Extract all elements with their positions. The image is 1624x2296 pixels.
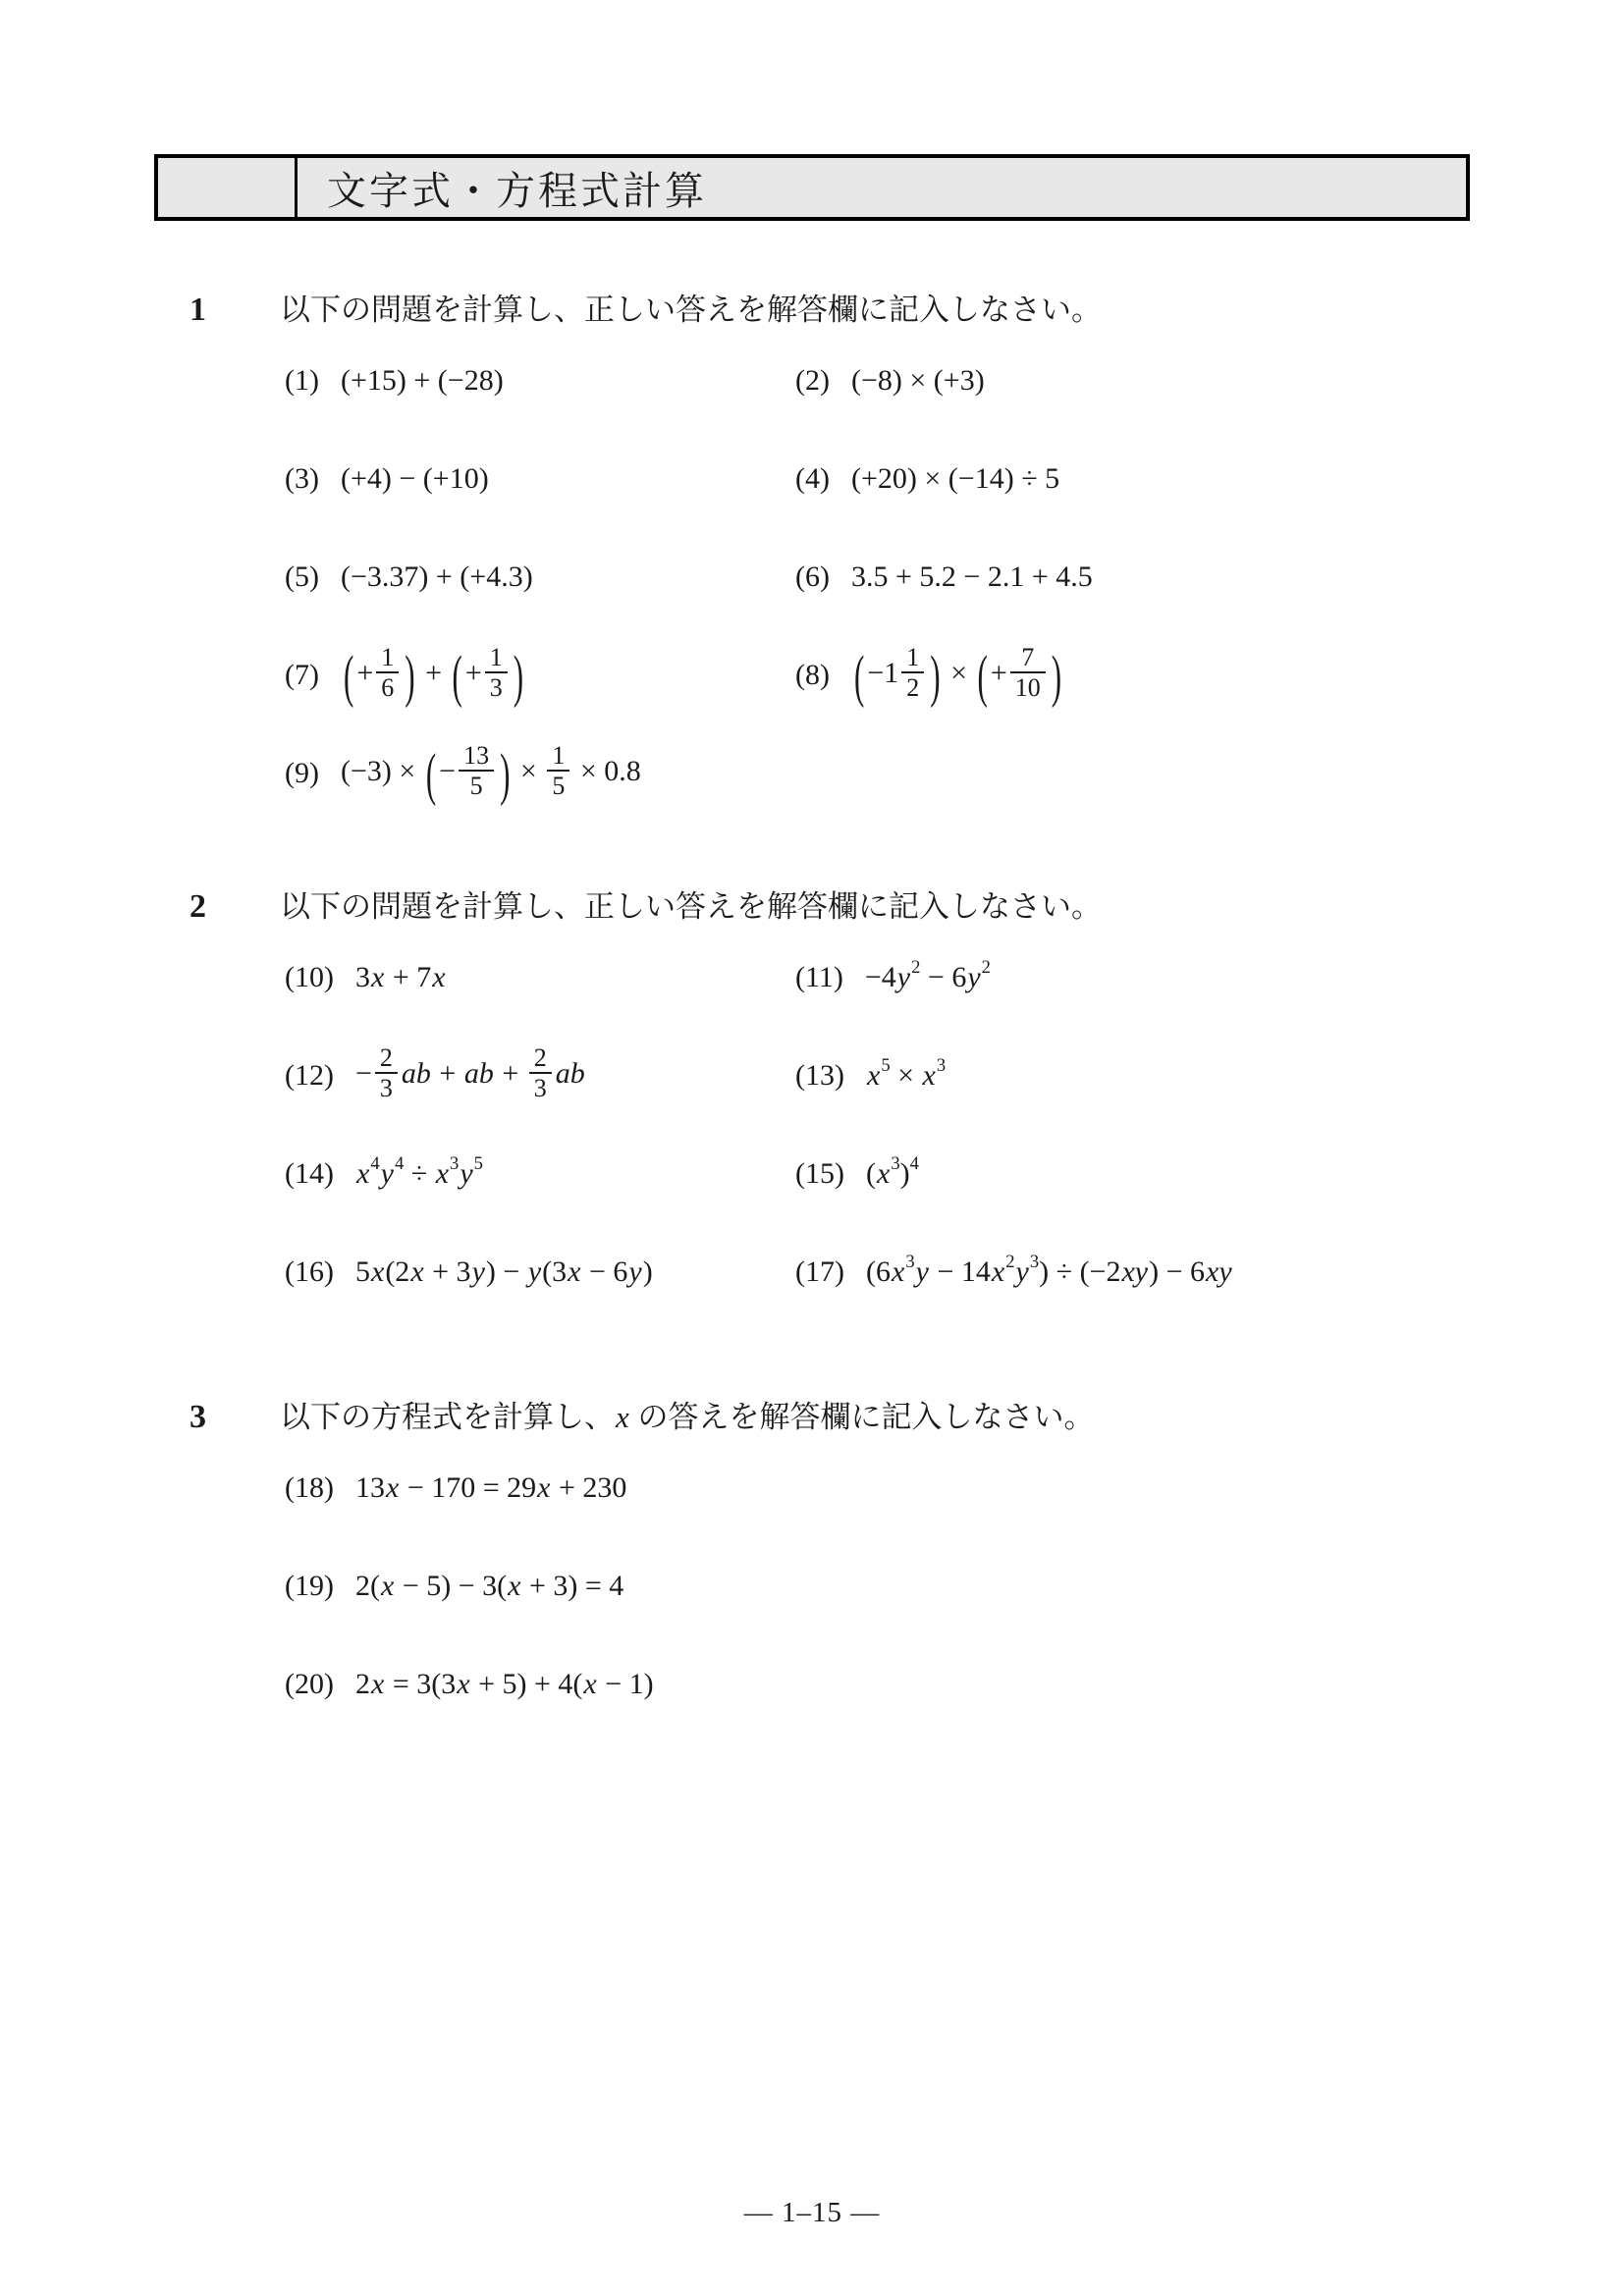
math-variable: x [866,1059,881,1092]
math-variable: y [380,1157,395,1190]
problem-label: (10) [285,961,334,994]
big-paren: ) [404,647,415,705]
problem-expression: (+15) + (−28) [341,364,504,398]
problem-expression: 2(x − 5) − 3(x + 3) = 4 [355,1570,623,1603]
section-1: 1以下の問題を計算し、正しい答えを解答欄に記入しなさい。(1)(+15) + (… [0,285,1624,823]
fraction-denominator: 2 [901,673,924,702]
big-paren: ( [425,745,437,803]
problem-label: (2) [795,364,830,398]
section-number: 2 [189,888,280,926]
problem: (20)2x = 3(3x + 5) + 4(x − 1) [285,1668,654,1701]
math-variable: x [891,1255,905,1288]
math-variable: x [380,1570,395,1602]
fraction: 13 [485,643,508,702]
fraction: 23 [375,1043,398,1102]
section-3: 3以下の方程式を計算し、x の答えを解答欄に記入しなさい。(18)13x − 1… [0,1392,1624,1734]
problem-expression: (−3) × (−135) × 15 × 0.8 [341,744,641,803]
problem-label: (3) [285,462,319,496]
page-number: — 1–15 — [0,2197,1624,2229]
problem: (15)(x3)4 [795,1157,919,1191]
math-variable: x [370,961,385,993]
math-variable: y [627,1255,642,1288]
title-banner-empty-cell [158,158,298,217]
exponent: 2 [1005,1252,1014,1272]
page-title: 文字式・方程式計算 [298,158,707,217]
problem: (5)(−3.37) + (+4.3) [285,561,795,594]
fraction-denominator: 5 [459,772,494,800]
fraction-numerator: 1 [547,741,569,770]
section-header: 2以下の問題を計算し、正しい答えを解答欄に記入しなさい。 [189,881,1624,929]
problem: (14)x4y4 ÷ x3y5 [285,1157,795,1191]
problem-row: (7)(+16) + (+13)(8)(−112) × (+710) [0,626,1624,724]
math-variable: xy [1120,1255,1149,1288]
problem-label: (13) [795,1059,844,1093]
sections-container: 1以下の問題を計算し、正しい答えを解答欄に記入しなさい。(1)(+15) + (… [0,285,1624,1734]
problem: (7)(+16) + (+13) [285,646,795,705]
math-variable: ab [401,1057,432,1090]
problem-row: (3)(+4) − (+10)(4)(+20) × (−14) ÷ 5 [0,430,1624,528]
problem-row: (20)2x = 3(3x + 5) + 4(x − 1) [0,1635,1624,1734]
problem-row: (16)5x(2x + 3y) − y(3x − 6y)(17)(6x3y − … [0,1223,1624,1321]
problem-expression: (6x3y − 14x2y3) ÷ (−2xy) − 6xy [866,1255,1233,1289]
section-header: 3以下の方程式を計算し、x の答えを解答欄に記入しなさい。 [189,1392,1624,1439]
problem: (4)(+20) × (−14) ÷ 5 [795,462,1059,496]
problem-label: (14) [285,1157,334,1191]
math-variable: y [1014,1255,1029,1288]
problem-expression: (−3.37) + (+4.3) [341,561,533,594]
problem-label: (1) [285,364,319,398]
fraction-numerator: 2 [529,1043,552,1072]
problem-label: (19) [285,1570,334,1603]
problem-row: (12)−23ab + ab + 23ab(13)x5 × x3 [0,1027,1624,1125]
fraction: 16 [376,643,399,702]
math-variable: x [385,1471,400,1504]
exponent: 3 [937,1055,946,1076]
problem-row: (19)2(x − 5) − 3(x + 3) = 4 [0,1537,1624,1635]
fraction: 23 [529,1043,552,1102]
problem: (12)−23ab + ab + 23ab [285,1046,795,1105]
fraction: 135 [459,741,494,800]
exponent: 4 [910,1153,919,1174]
problem-label: (7) [285,659,319,692]
problem-row: (10)3x + 7x(11)−4y2 − 6y2 [0,929,1624,1027]
problem: (9)(−3) × (−135) × 15 × 0.8 [285,744,641,803]
problem: (8)(−112) × (+710) [795,646,1064,705]
big-paren: ( [976,647,988,705]
exponent: 3 [891,1153,899,1174]
problem-expression: (+20) × (−14) ÷ 5 [851,462,1059,496]
fraction: 12 [901,643,924,702]
problem-row: (14)x4y4 ÷ x3y5(15)(x3)4 [0,1125,1624,1223]
problem: (6)3.5 + 5.2 − 2.1 + 4.5 [795,561,1093,594]
exponent: 2 [982,957,991,978]
math-variable: y [471,1255,486,1288]
big-paren: ) [929,647,941,705]
problem-expression: x4y4 ÷ x3y5 [355,1157,483,1191]
problem-label: (18) [285,1471,334,1505]
big-paren: ( [451,647,462,705]
math-variable: x [355,1157,370,1190]
problem-label: (17) [795,1255,844,1289]
problem-expression: (−112) × (+710) [851,646,1064,705]
problem: (2)(−8) × (+3) [795,364,985,398]
math-variable: x [922,1059,937,1092]
exponent: 2 [911,957,920,978]
worksheet-page: 文字式・方程式計算 1以下の問題を計算し、正しい答えを解答欄に記入しなさい。(1… [0,0,1624,2296]
title-banner: 文字式・方程式計算 [154,154,1470,221]
problem-label: (9) [285,757,319,790]
math-variable: x [876,1157,891,1190]
exponent: 4 [370,1153,379,1174]
fraction-numerator: 1 [376,643,399,671]
math-variable: x [507,1570,521,1602]
math-variable: x [435,1157,450,1190]
problem: (11)−4y2 − 6y2 [795,961,991,994]
problem: (1)(+15) + (−28) [285,364,795,398]
math-variable: x [991,1255,1005,1288]
problem-expression: (−8) × (+3) [851,364,985,398]
problem-expression: 13x − 170 = 29x + 230 [355,1471,626,1505]
fraction-numerator: 13 [459,741,494,770]
math-variable: x [582,1668,597,1700]
math-variable: y [896,961,911,993]
problem: (18)13x − 170 = 29x + 230 [285,1471,626,1505]
problem-row: (1)(+15) + (−28)(2)(−8) × (+3) [0,332,1624,430]
math-variable: x [456,1668,470,1700]
problem-label: (8) [795,659,830,692]
fraction-denominator: 3 [529,1074,552,1102]
problem-expression: 3x + 7x [355,961,447,994]
section-2: 2以下の問題を計算し、正しい答えを解答欄に記入しなさい。(10)3x + 7x(… [0,881,1624,1321]
problem-label: (16) [285,1255,334,1289]
problem-expression: (+4) − (+10) [341,462,489,496]
exponent: 5 [474,1153,483,1174]
problem-label: (11) [795,961,843,994]
problem: (13)x5 × x3 [795,1059,946,1093]
big-paren: ) [513,647,524,705]
fraction-denominator: 10 [1010,673,1046,702]
math-variable: y [459,1157,473,1190]
problem-label: (5) [285,561,319,594]
math-variable: ab [463,1057,495,1090]
problem-label: (4) [795,462,830,496]
math-variable: x [370,1255,385,1288]
exponent: 3 [905,1252,914,1272]
problem: (17)(6x3y − 14x2y3) ÷ (−2xy) − 6xy [795,1255,1233,1289]
section-header: 1以下の問題を計算し、正しい答えを解答欄に記入しなさい。 [189,285,1624,332]
math-variable: x [409,1255,424,1288]
problem-expression: (x3)4 [866,1157,919,1191]
big-paren: ( [343,647,354,705]
problem: (19)2(x − 5) − 3(x + 3) = 4 [285,1570,623,1603]
problem-expression: 5x(2x + 3y) − y(3x − 6y) [355,1255,653,1289]
section-number: 1 [189,292,280,329]
fraction-numerator: 1 [485,643,508,671]
big-paren: ( [853,647,865,705]
fraction: 710 [1010,643,1046,702]
math-variable: x [536,1471,551,1504]
problem-expression: x5 × x3 [866,1059,946,1093]
math-variable: x [615,1400,630,1434]
big-paren: ) [1051,647,1062,705]
math-variable: xy [1205,1255,1233,1288]
problem: (3)(+4) − (+10) [285,462,795,496]
fraction-denominator: 3 [485,673,508,702]
exponent: 5 [881,1055,890,1076]
big-paren: ) [499,745,511,803]
fraction-numerator: 7 [1010,643,1046,671]
problem-expression: 2x = 3(3x + 5) + 4(x − 1) [355,1668,654,1701]
section-instruction: 以下の問題を計算し、正しい答えを解答欄に記入しなさい。 [280,285,1102,329]
exponent: 3 [1030,1252,1039,1272]
problem: (10)3x + 7x [285,961,795,994]
problem-expression: (+16) + (+13) [341,646,526,705]
problem-row: (5)(−3.37) + (+4.3)(6)3.5 + 5.2 − 2.1 + … [0,528,1624,626]
math-variable: y [915,1255,930,1288]
math-variable: x [370,1668,385,1700]
fraction-numerator: 2 [375,1043,398,1072]
problem-row: (18)13x − 170 = 29x + 230 [0,1439,1624,1537]
math-variable: y [966,961,981,993]
math-variable: y [527,1255,542,1288]
problem-label: (6) [795,561,830,594]
fraction-numerator: 1 [901,643,924,671]
section-number: 3 [189,1399,280,1436]
problem-expression: −4y2 − 6y2 [865,961,991,994]
fraction-denominator: 3 [375,1074,398,1102]
section-instruction: 以下の方程式を計算し、x の答えを解答欄に記入しなさい。 [280,1392,1095,1436]
math-variable: x [431,961,446,993]
problem-row: (9)(−3) × (−135) × 15 × 0.8 [0,724,1624,823]
problem-label: (12) [285,1059,334,1093]
problem-expression: 3.5 + 5.2 − 2.1 + 4.5 [851,561,1093,594]
problem: (16)5x(2x + 3y) − y(3x − 6y) [285,1255,795,1289]
section-instruction: 以下の問題を計算し、正しい答えを解答欄に記入しなさい。 [280,881,1102,926]
exponent: 4 [395,1153,404,1174]
problem-label: (15) [795,1157,844,1191]
math-variable: x [567,1255,581,1288]
fraction-denominator: 5 [547,772,569,800]
fraction: 15 [547,741,569,800]
fraction-denominator: 6 [376,673,399,702]
problem-expression: −23ab + ab + 23ab [355,1046,586,1105]
math-variable: ab [555,1057,586,1090]
exponent: 3 [450,1153,459,1174]
problem-label: (20) [285,1668,334,1701]
